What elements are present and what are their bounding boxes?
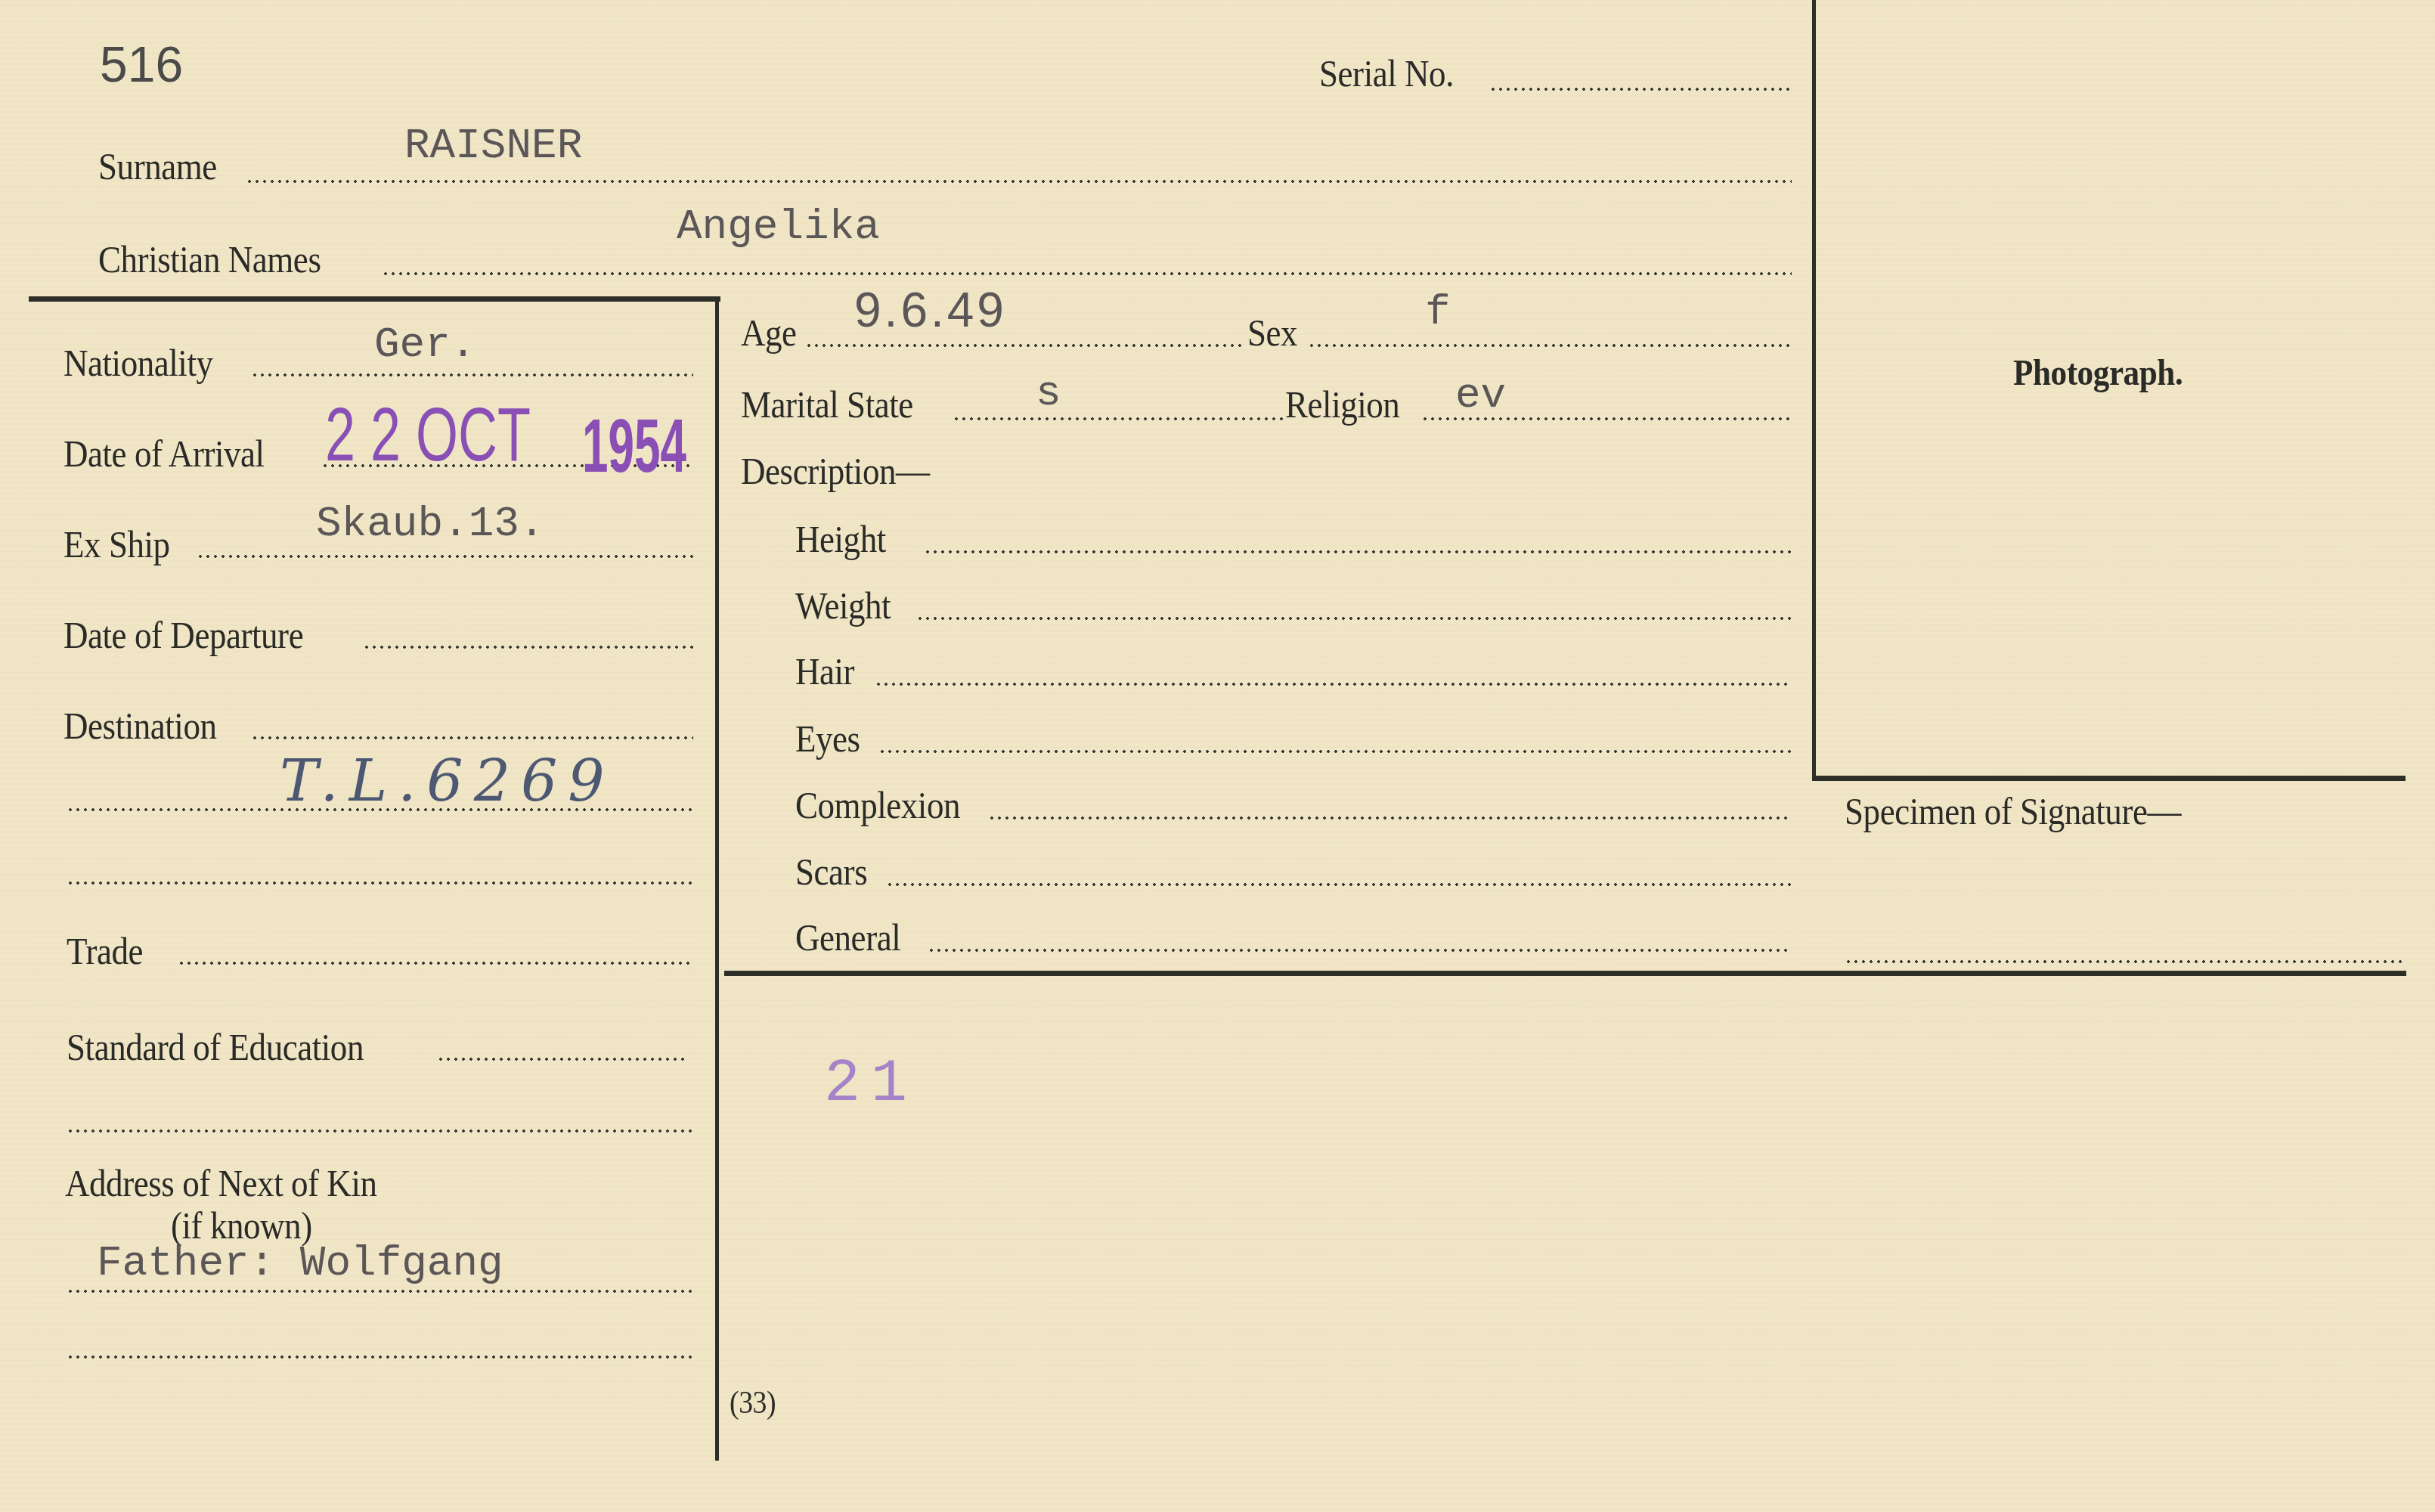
registration-card: 516 Serial No. Surname RAISNER Christian… xyxy=(0,0,2435,1512)
description-complexion-field[interactable] xyxy=(988,816,1792,820)
next-of-kin-value: Father: Wolfgang xyxy=(97,1242,503,1284)
stamp-month: OCT xyxy=(416,392,531,477)
departure-label: Date of Departure xyxy=(64,616,303,654)
arrival-date-stamp: 2 2 OCT xyxy=(325,397,531,472)
index-number: 516 xyxy=(100,39,183,89)
signature-label: Specimen of Signature— xyxy=(1845,792,2181,830)
description-complexion-label: Complexion xyxy=(795,786,960,824)
description-weight-label: Weight xyxy=(795,587,891,624)
destination-field-line-2[interactable] xyxy=(67,808,693,811)
next-of-kin-field[interactable] xyxy=(67,1290,693,1293)
marital-state-field[interactable] xyxy=(953,417,1285,420)
description-general-label: General xyxy=(795,919,900,956)
destination-value: T.L.6269 xyxy=(280,752,615,810)
photo-box-bottom-border xyxy=(1812,776,2406,781)
sex-value: f xyxy=(1425,291,1451,333)
description-hair-field[interactable] xyxy=(875,683,1792,686)
education-field[interactable] xyxy=(437,1058,686,1061)
religion-label: Religion xyxy=(1285,386,1399,423)
sex-field[interactable] xyxy=(1308,344,1792,347)
nationality-label: Nationality xyxy=(64,344,213,382)
ex-ship-label: Ex Ship xyxy=(64,525,170,563)
age-field[interactable] xyxy=(805,344,1244,347)
christian-names-value: Angelika xyxy=(677,206,880,248)
description-scars-field[interactable] xyxy=(886,883,1792,886)
description-label: Description— xyxy=(741,452,930,490)
description-height-label: Height xyxy=(795,520,886,558)
signature-field[interactable] xyxy=(1845,960,2404,963)
description-weight-field[interactable] xyxy=(916,617,1792,620)
description-height-field[interactable] xyxy=(924,550,1792,553)
nationality-field[interactable] xyxy=(251,373,693,376)
form-number: (33) xyxy=(730,1387,776,1419)
destination-field[interactable] xyxy=(251,736,693,739)
stamp-day: 2 2 xyxy=(325,392,401,477)
age-label: Age xyxy=(741,314,797,352)
christian-names-label: Christian Names xyxy=(98,240,321,278)
education-label: Standard of Education xyxy=(67,1028,364,1066)
photo-box-left-border xyxy=(1812,0,1816,780)
education-field-line-2[interactable] xyxy=(67,1129,693,1132)
ex-ship-field[interactable] xyxy=(197,555,693,558)
religion-value: ev xyxy=(1455,374,1506,417)
marital-state-value: s xyxy=(1036,372,1061,414)
stamp-number: 21 xyxy=(824,1055,918,1115)
left-section-right-border xyxy=(715,296,719,1461)
next-of-kin-field-line-2[interactable] xyxy=(67,1356,693,1359)
departure-field[interactable] xyxy=(363,646,693,649)
description-scars-label: Scars xyxy=(795,853,867,891)
photograph-area[interactable] xyxy=(1818,0,2404,775)
marital-state-label: Marital State xyxy=(741,386,913,423)
surname-label: Surname xyxy=(98,147,217,185)
age-value: 9.6.49 xyxy=(854,286,1007,334)
surname-field[interactable] xyxy=(246,180,1792,183)
serial-no-label: Serial No. xyxy=(1319,54,1454,92)
next-of-kin-label: Address of Next of Kin xyxy=(65,1164,377,1202)
trade-field[interactable] xyxy=(178,962,693,965)
destination-label: Destination xyxy=(64,707,217,745)
stamp-year: 1954 xyxy=(582,408,686,484)
description-bottom-border xyxy=(724,971,2406,976)
description-eyes-field[interactable] xyxy=(878,750,1792,753)
destination-field-line-3[interactable] xyxy=(67,881,693,885)
sex-label: Sex xyxy=(1247,314,1297,352)
arrival-label: Date of Arrival xyxy=(64,435,265,472)
description-eyes-label: Eyes xyxy=(795,720,860,758)
christian-names-field[interactable] xyxy=(382,272,1792,275)
surname-value: RAISNER xyxy=(404,125,582,167)
description-general-field[interactable] xyxy=(928,949,1792,952)
serial-no-field[interactable] xyxy=(1489,88,1792,91)
left-section-top-border xyxy=(29,296,720,302)
description-hair-label: Hair xyxy=(795,652,854,690)
ex-ship-value: Skaub.13. xyxy=(316,503,544,545)
trade-label: Trade xyxy=(67,932,143,970)
nationality-value: Ger. xyxy=(374,324,476,366)
